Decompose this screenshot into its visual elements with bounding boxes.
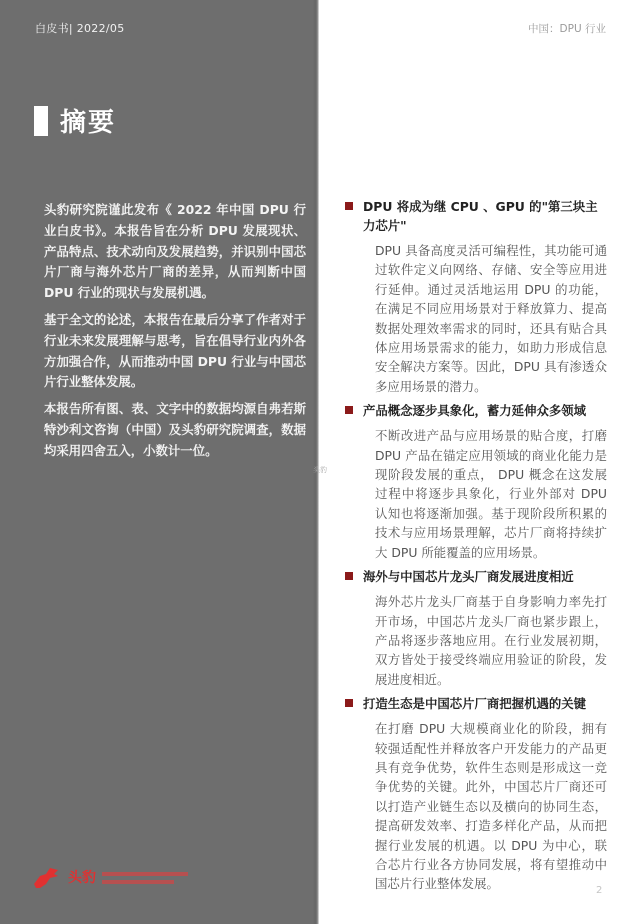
finding-title: 海外与中国芯片龙头厂商发展进度相近 (363, 567, 607, 586)
logo-tagline (102, 872, 188, 884)
page-title-block: 摘要 (34, 102, 116, 139)
logo-tagline-line (102, 872, 188, 876)
panel-edge (313, 0, 319, 924)
finding-heading: 海外与中国芯片龙头厂商发展进度相近 (345, 567, 607, 586)
finding-section: 打造生态是中国芯片厂商把握机遇的关键 在打磨 DPU 大规模商业化的阶段，拥有较… (345, 694, 607, 894)
finding-section: DPU 将成为继 CPU 、GPU 的"第三块主力芯片" DPU 具备高度灵活可… (345, 197, 607, 396)
intro-paragraph: 本报告所有图、表、文字中的数据均源自弗若斯特沙利文咨询（中国）及头豹研究院调查，… (44, 399, 306, 461)
leopard-logo-icon (32, 866, 60, 890)
finding-section: 海外与中国芯片龙头厂商发展进度相近 海外芯片龙头厂商基于自身影响力率先打开市场，… (345, 567, 607, 689)
finding-text: DPU 具备高度灵活可编程性，其功能可通过软件定义向网络、存储、安全等应用进行延… (375, 241, 607, 396)
summary-intro: 头豹研究院谨此发布《 2022 年中国 DPU 行业白皮书》。本报告旨在分析 D… (44, 200, 306, 468)
finding-section: 产品概念逐步具象化，蓄力延伸众多领域 不断改进产品与应用场景的贴合度，打磨 DP… (345, 401, 607, 562)
finding-title: DPU 将成为继 CPU 、GPU 的"第三块主力芯片" (363, 197, 607, 235)
header-doc-label: 白皮书| 2022/05 (35, 20, 125, 36)
page-number: 2 (596, 885, 602, 896)
logo-name: 头豹 (68, 870, 96, 886)
finding-heading: 产品概念逐步具象化，蓄力延伸众多领域 (345, 401, 607, 420)
intro-paragraph: 基于全文的论述，本报告在最后分享了作者对于行业未来发展理解与思考，旨在倡导行业内… (44, 310, 306, 393)
finding-heading: 打造生态是中国芯片厂商把握机遇的关键 (345, 694, 607, 713)
title-bar-decoration (34, 106, 48, 136)
finding-text: 在打磨 DPU 大规模商业化的阶段，拥有较强适配性并释放客户开发能力的产品更具有… (375, 719, 607, 894)
square-bullet-icon (345, 202, 353, 210)
header-industry-label: 中国：DPU 行业 (528, 21, 606, 36)
square-bullet-icon (345, 406, 353, 414)
finding-title: 打造生态是中国芯片厂商把握机遇的关键 (363, 694, 607, 713)
key-findings: DPU 将成为继 CPU 、GPU 的"第三块主力芯片" DPU 具备高度灵活可… (345, 197, 607, 899)
finding-heading: DPU 将成为继 CPU 、GPU 的"第三块主力芯片" (345, 197, 607, 235)
brand-logo: 头豹 (32, 866, 188, 890)
finding-text: 海外芯片龙头厂商基于自身影响力率先打开市场，中国芯片龙头厂商也紧步跟上，产品将逐… (375, 592, 607, 689)
square-bullet-icon (345, 572, 353, 580)
square-bullet-icon (345, 699, 353, 707)
page-title: 摘要 (60, 102, 116, 139)
intro-paragraph: 头豹研究院谨此发布《 2022 年中国 DPU 行业白皮书》。本报告旨在分析 D… (44, 200, 306, 304)
finding-text: 不断改进产品与应用场景的贴合度，打磨 DPU 产品在锚定应用领域的商业化能力是现… (375, 426, 607, 562)
watermark: 头豹 (313, 465, 327, 475)
finding-title: 产品概念逐步具象化，蓄力延伸众多领域 (363, 401, 607, 420)
logo-tagline-line (102, 880, 174, 884)
